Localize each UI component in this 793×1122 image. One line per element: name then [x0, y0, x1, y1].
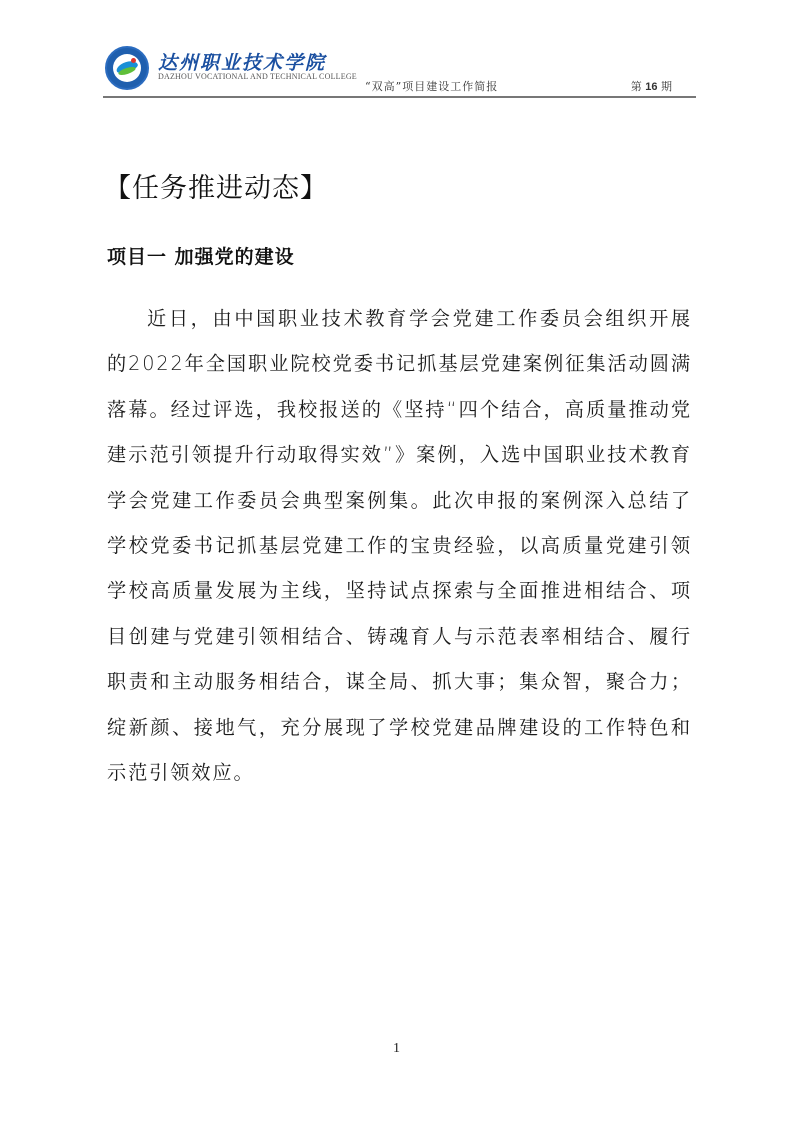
issue-prefix: 第	[631, 80, 642, 93]
header-divider	[103, 96, 696, 98]
body-paragraph: 近日，由中国职业技术教育学会党建工作委员会组织开展的2022年全国职业院校党委书…	[107, 296, 692, 795]
issue-number-value: 16	[645, 81, 657, 93]
subsection-title: 项目一 加强党的建设	[107, 242, 295, 269]
page-header: 达州职业技术学院 DAZHOU VOCATIONAL AND TECHNICAL…	[103, 42, 696, 98]
institution-name-cn: 达州职业技术学院	[158, 48, 326, 75]
college-emblem-icon	[105, 46, 149, 90]
section-title: 【任务推进动态】	[104, 166, 328, 205]
issue-number: 第 16 期	[631, 78, 672, 94]
document-title: “双高”项目建设工作简报	[365, 78, 498, 94]
page-number: 1	[0, 1041, 793, 1057]
institution-name-en: DAZHOU VOCATIONAL AND TECHNICAL COLLEGE	[158, 72, 357, 81]
issue-suffix: 期	[661, 80, 672, 93]
